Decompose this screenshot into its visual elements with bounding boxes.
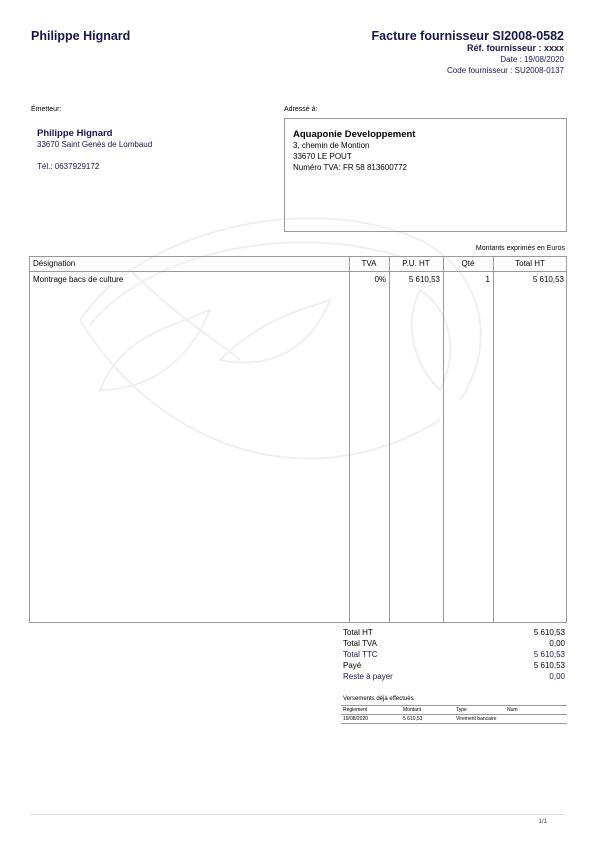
payments-table: Règlement Montant Type Num 19/08/2020 5 … — [341, 705, 567, 724]
col-tva: TVA — [349, 257, 389, 271]
col-designation: Désignation — [33, 257, 75, 271]
page-number: 1/1 — [539, 819, 547, 825]
emitter-phone: Tél.: 0637929172 — [37, 161, 152, 172]
invoice-date: Date : 19/08/2020 — [372, 54, 564, 65]
payments-header-row: Règlement Montant Type Num — [341, 706, 567, 714]
total-row: Total TTC5 610,53 — [343, 649, 565, 660]
emitter-block: Philippe Hignard 33670 Saint Genès de Lo… — [37, 128, 152, 172]
recipient-street: 3, chemin de Montion — [293, 140, 566, 151]
recipient-box: Aquaponie Developpement 3, chemin de Mon… — [284, 118, 567, 232]
supplier-code: Code fournisseur : SU2008-0137 — [372, 65, 564, 76]
emitter-label: Émetteur: — [31, 106, 61, 113]
total-row: Reste à payer0,00 — [343, 671, 565, 682]
total-row: Payé5 610,53 — [343, 660, 565, 671]
invoice-title: Facture fournisseur SI2008-0582 — [372, 29, 564, 43]
recipient-city: 33670 LE POUT — [293, 151, 566, 162]
emitter-name: Philippe Hignard — [37, 128, 152, 139]
invoice-lines-table: Désignation TVA P.U. HT Qté Total HT Mon… — [29, 256, 567, 623]
footer-divider — [30, 814, 565, 815]
recipient-name: Aquaponie Developpement — [293, 129, 566, 140]
supplier-ref: Réf. fournisseur : xxxx — [372, 43, 564, 54]
recipient-label: Adressé à: — [284, 106, 317, 113]
col-qty: Qté — [443, 257, 493, 271]
company-name: Philippe Hignard — [31, 29, 130, 43]
totals-block: Total HT5 610,53 Total TVA0,00 Total TTC… — [343, 627, 565, 682]
col-pu-ht: P.U. HT — [389, 257, 443, 271]
payment-row: 19/08/2020 5 610,53 Virement bancaire — [341, 715, 567, 723]
payments-title: Versements déjà effectués — [343, 696, 414, 702]
recipient-vat: Numéro TVA: FR 58 813600772 — [293, 162, 566, 173]
line-qty: 1 — [443, 275, 490, 284]
currency-note: Montants exprimés en Euros — [476, 245, 565, 252]
line-total-ht: 5 610,53 — [493, 275, 564, 284]
line-pu-ht: 5 610,53 — [389, 275, 440, 284]
total-row: Total HT5 610,53 — [343, 627, 565, 638]
line-designation: Montrage bacs de culture — [33, 275, 123, 284]
emitter-address: 33670 Saint Genès de Lombaud — [37, 139, 152, 150]
line-tva: 0% — [349, 275, 386, 284]
total-row: Total TVA0,00 — [343, 638, 565, 649]
invoice-header: Facture fournisseur SI2008-0582 Réf. fou… — [372, 29, 564, 76]
col-total-ht: Total HT — [493, 257, 567, 271]
